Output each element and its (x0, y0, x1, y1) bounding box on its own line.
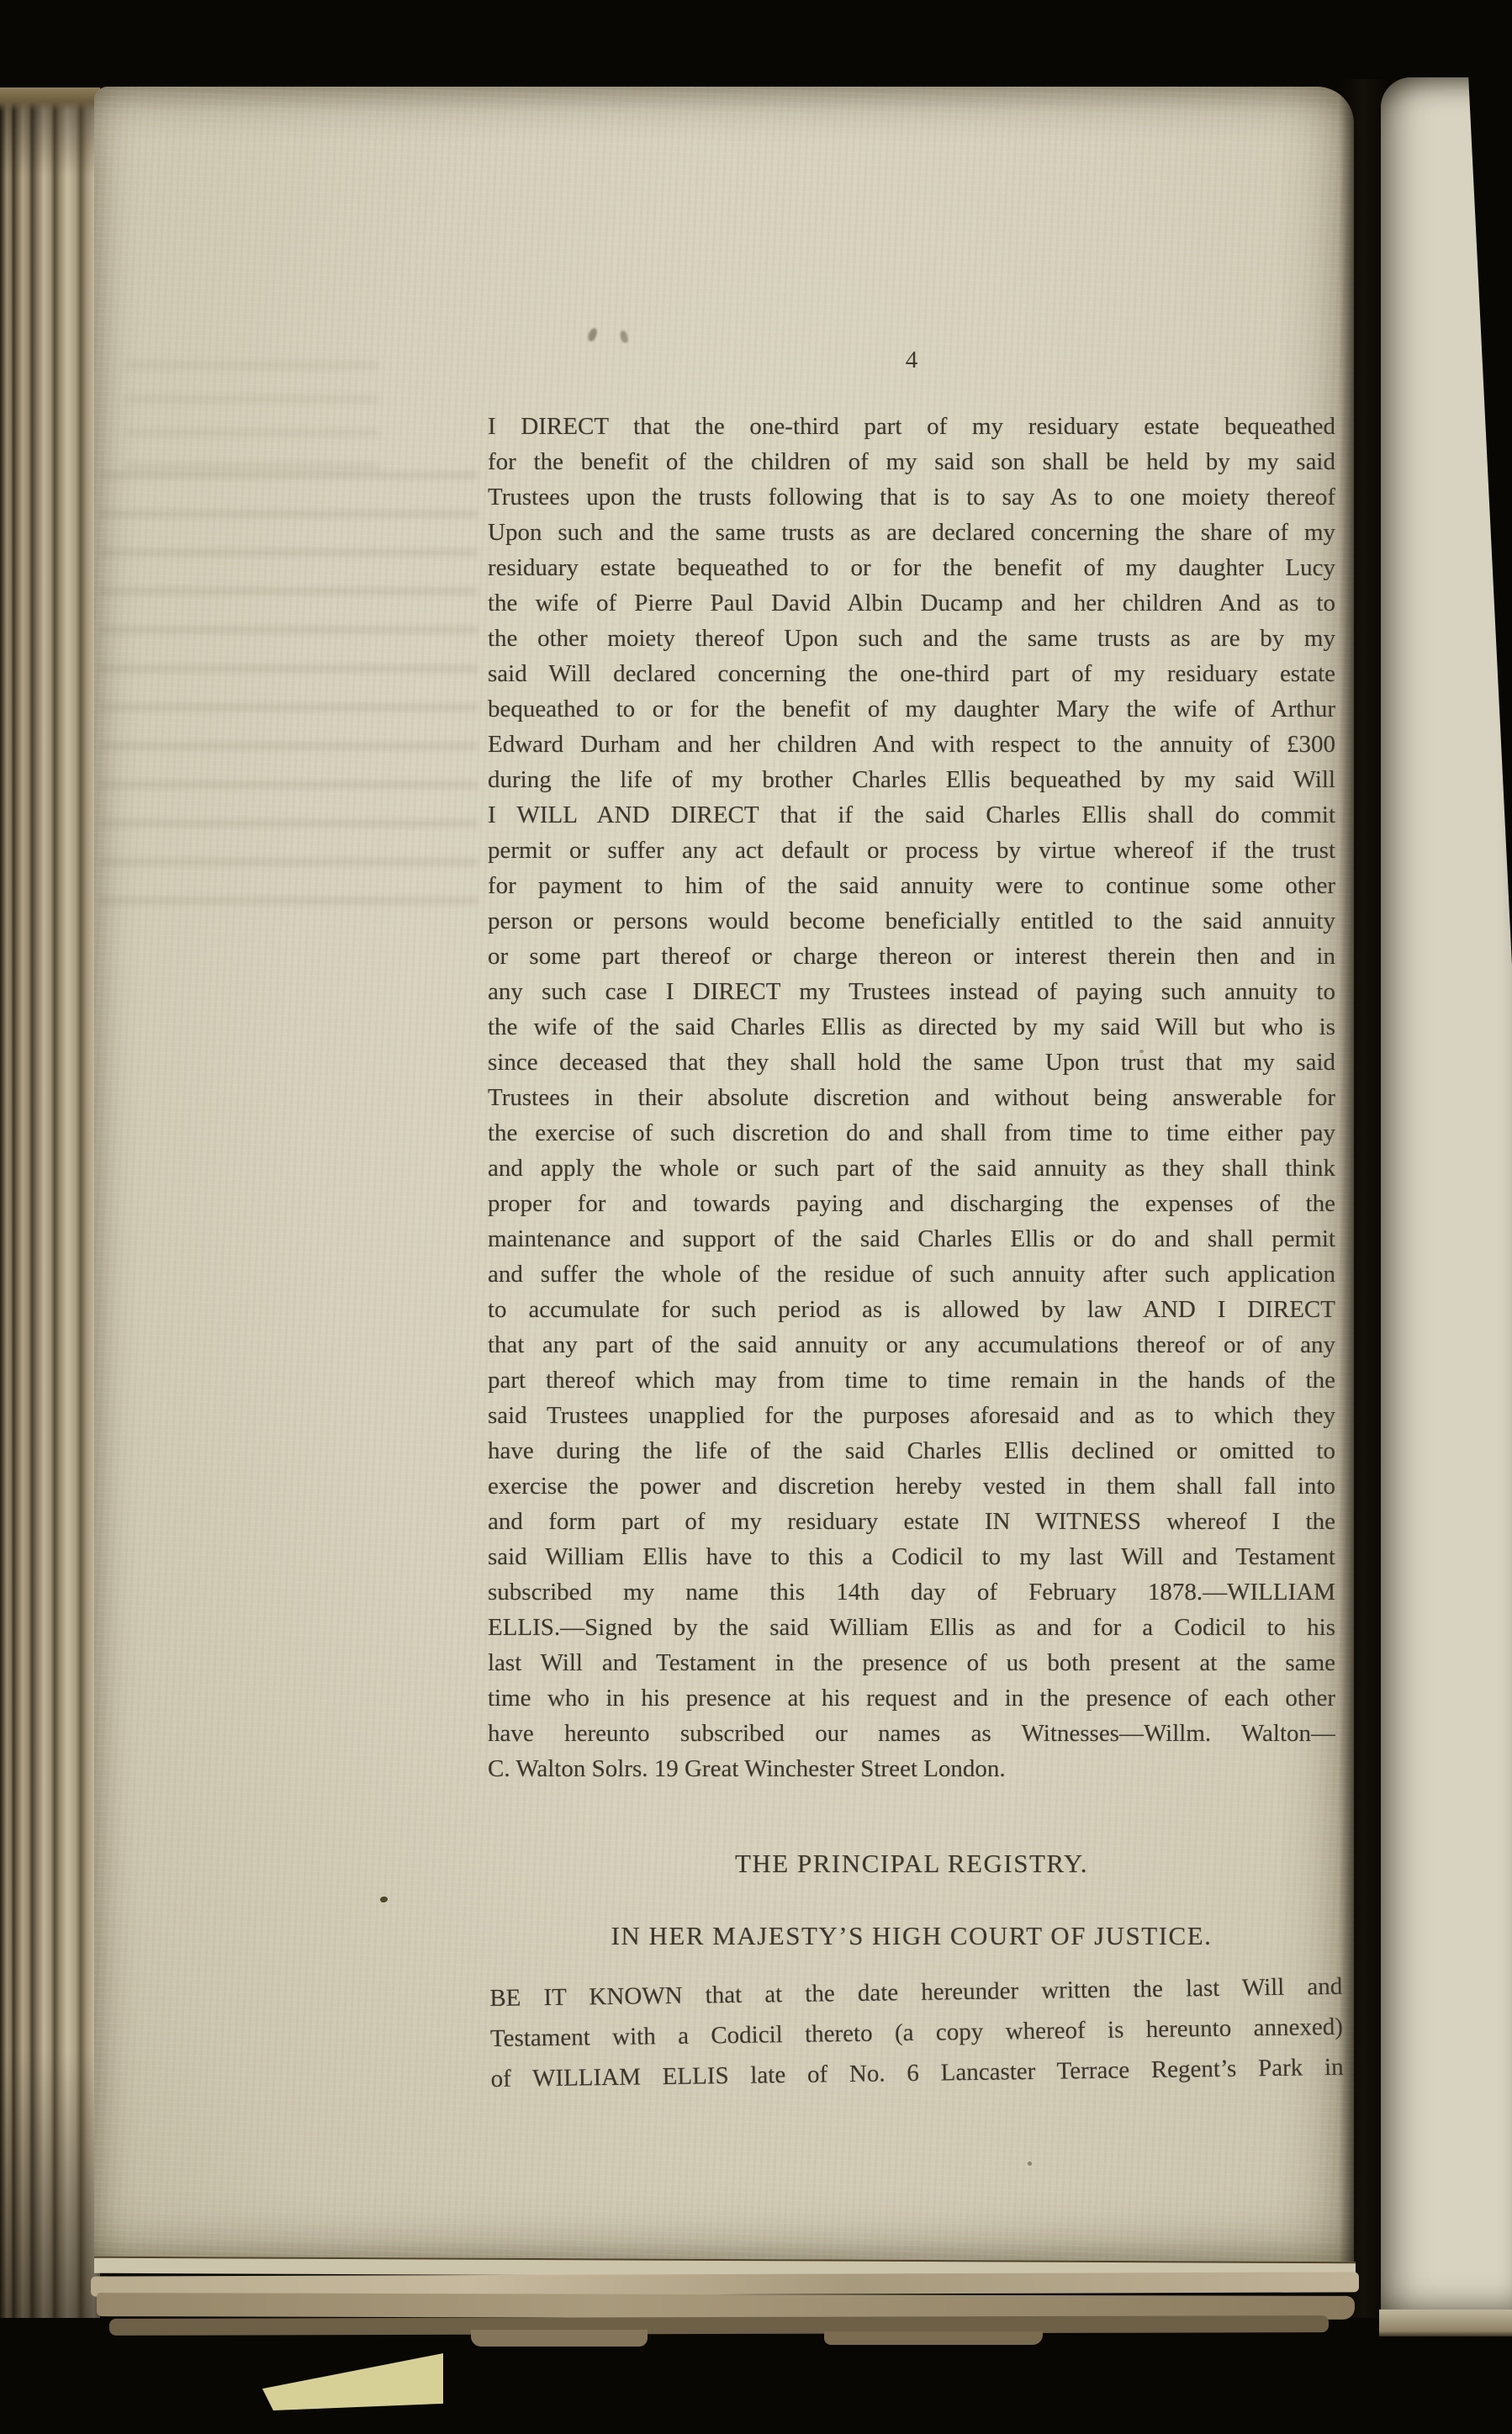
text-line: I WILL AND DIRECT that if the said Charl… (488, 797, 1335, 833)
text-line: exercise the power and discretion hereby… (488, 1468, 1335, 1504)
text-line: or some part thereof or charge thereon o… (488, 939, 1335, 974)
probate-paragraph: BE IT KNOWN that at the date hereunder w… (489, 1966, 1344, 2099)
text-line: during the life of my brother Charles El… (488, 762, 1335, 797)
text-line: the wife of Pierre Paul David Albin Duca… (488, 585, 1335, 621)
text-line: the wife of the said Charles Ellis as di… (488, 1009, 1335, 1045)
text-line: Edward Durham and her children And with … (488, 727, 1335, 762)
text-line: C. Walton Solrs. 19 Great Winchester Str… (488, 1751, 1335, 1786)
bottom-page-edge (109, 2315, 1329, 2336)
text-line: Upon such and the same trusts as are dec… (488, 515, 1335, 550)
text-line: Trustees upon the trusts following that … (488, 479, 1335, 515)
paper-speck (1028, 2161, 1032, 2166)
text-line: said Will declared concerning the one-th… (488, 656, 1335, 691)
book-gutter-shadow (1339, 79, 1386, 2318)
text-line: proper for and towards paying and discha… (488, 1186, 1335, 1221)
facing-page-bottom-edge (1379, 2310, 1512, 2336)
text-line: and apply the whole or such part of the … (488, 1151, 1335, 1186)
text-line: residuary estate bequeathed to or for th… (488, 550, 1335, 585)
text-line: person or persons would become beneficia… (488, 903, 1335, 939)
torn-edge-tab (824, 2331, 1043, 2345)
text-line: maintenance and support of the said Char… (488, 1221, 1335, 1257)
left-page-edges-top (0, 87, 100, 111)
high-court-heading: IN HER MAJESTY’S HIGH COURT OF JUSTICE. (488, 1921, 1335, 1951)
text-line: permit or suffer any act default or proc… (488, 833, 1335, 868)
text-line: said Trustees unapplied for the purposes… (488, 1398, 1335, 1433)
dust-speck (244, 185, 247, 188)
text-line: Trustees in their absolute discretion an… (488, 1080, 1335, 1115)
text-line: subscribed my name this 14th day of Febr… (488, 1574, 1335, 1610)
yellow-paper-slip (262, 2353, 443, 2410)
text-line: for the benefit of the children of my sa… (488, 444, 1335, 479)
text-line: and suffer the whole of the residue of s… (488, 1257, 1335, 1292)
text-line: the other moiety thereof Upon such and t… (488, 621, 1335, 656)
codicil-body-text: I DIRECT that the one-third part of my r… (488, 409, 1335, 1786)
ghost-showthrough-text (126, 362, 378, 471)
text-line: I DIRECT that the one-third part of my r… (488, 409, 1335, 444)
left-page-edges (0, 87, 100, 2318)
text-line: have hereunto subscribed our names as Wi… (488, 1716, 1335, 1751)
text-line: have during the life of the said Charles… (488, 1433, 1335, 1468)
text-line: since deceased that they shall hold the … (488, 1045, 1335, 1080)
page-number: 4 (488, 347, 1335, 374)
text-line: and form part of my residuary estate IN … (488, 1504, 1335, 1539)
principal-registry-heading: THE PRINCIPAL REGISTRY. (488, 1849, 1335, 1879)
text-line: to accumulate for such period as is allo… (488, 1292, 1335, 1327)
text-line: that any part of the said annuity or any… (488, 1327, 1335, 1363)
text-line: bequeathed to or for the benefit of my d… (488, 691, 1335, 727)
text-line: last Will and Testament in the presence … (488, 1645, 1335, 1680)
ghost-showthrough-text (99, 471, 478, 908)
text-line: for payment to him of the said annuity w… (488, 868, 1335, 903)
book-scan-photo: 4 I DIRECT that the one-third part of my… (0, 0, 1512, 2434)
text-line: any such case I DIRECT my Trustees inste… (488, 974, 1335, 1009)
text-line: part thereof which may from time to time… (488, 1363, 1335, 1398)
text-line: ELLIS.—Signed by the said William Ellis … (488, 1610, 1335, 1645)
text-line: time who in his presence at his request … (488, 1680, 1335, 1716)
text-line: said William Ellis have to this a Codici… (488, 1539, 1335, 1574)
torn-edge-tab (471, 2330, 648, 2347)
text-line: the exercise of such discretion do and s… (488, 1115, 1335, 1151)
